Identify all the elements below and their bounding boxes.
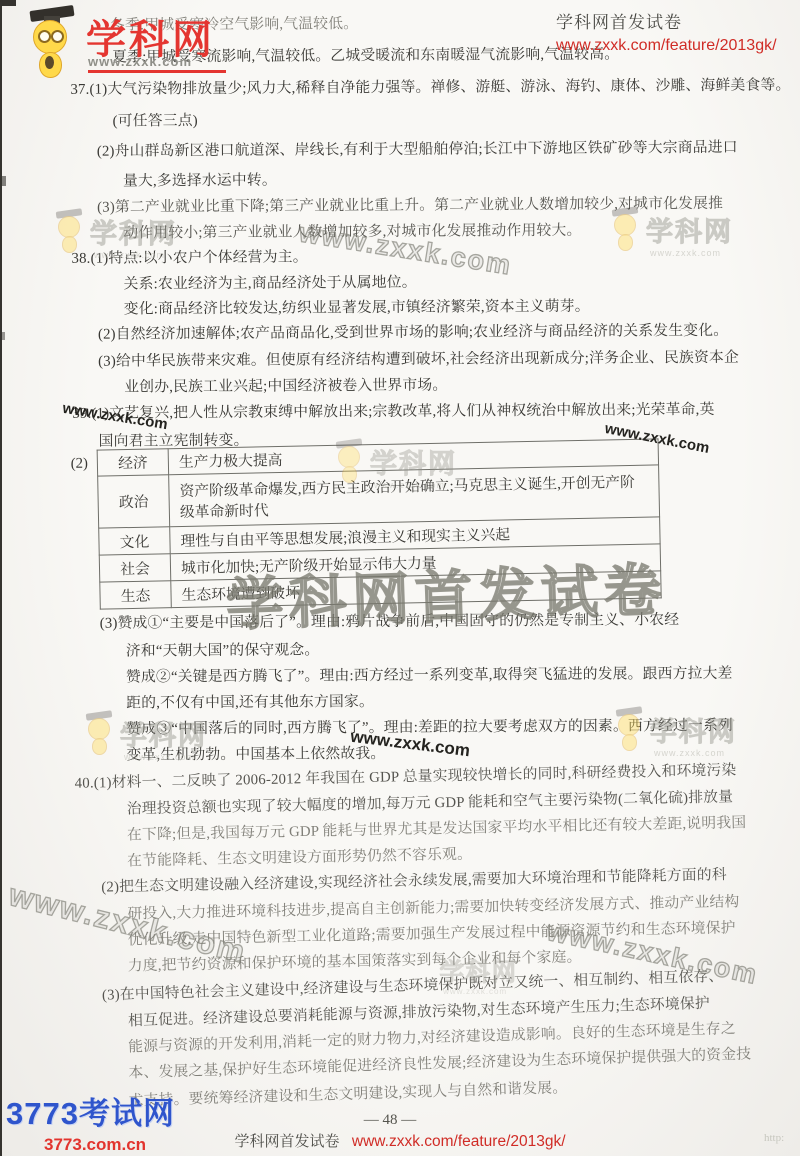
header-brand-block: 学科网首发试卷 www.zxxk.com/feature/2013gk/ bbox=[556, 8, 777, 55]
zxxk-mascot-watermark: 学科网 www.zxxk.com bbox=[50, 206, 200, 272]
mascot-head bbox=[338, 446, 360, 468]
answer-line: 关系:农业经济为主,商品经济处于从属地位。 bbox=[124, 271, 417, 294]
header-title: 学科网首发试卷 bbox=[556, 8, 777, 33]
partner-3773-logo: 3773考试网 3773.com.cn bbox=[6, 1088, 175, 1155]
table-category-cell: 政治 bbox=[98, 475, 170, 528]
partner-3773-name: 3773考试网 bbox=[6, 1088, 175, 1133]
table-category-cell: 经济 bbox=[97, 449, 169, 476]
zxxk-logo-url: www.zxxk.com bbox=[88, 54, 226, 73]
mascot-head bbox=[614, 214, 636, 236]
mascot-body bbox=[342, 466, 357, 483]
watermark-brand-text: 学科网 bbox=[650, 710, 737, 749]
watermark-brand-text: 学科网 bbox=[90, 212, 177, 251]
mascot-eye bbox=[38, 30, 51, 43]
watermark-brand-text: 学科网 bbox=[440, 953, 518, 988]
mascot-head bbox=[618, 714, 640, 736]
zxxk-mascot-watermark: 学科网 www.zxxk.com bbox=[610, 704, 760, 770]
footer-url: www.zxxk.com/feature/2013gk/ bbox=[352, 1133, 566, 1150]
zxxk-mascot-watermark: 学科网 www.zxxk.com bbox=[330, 436, 480, 502]
watermark-brand-text: 学科网 bbox=[120, 714, 207, 753]
footer-title: 学科网首发试卷 bbox=[234, 1133, 339, 1150]
mascot-body bbox=[622, 734, 637, 751]
answer-line: (3)给中华民族带来灾难。但使原有经济结构遭到破坏,社会经济出现新成分;洋务企业… bbox=[98, 346, 739, 371]
mascot-head bbox=[88, 718, 110, 740]
scanned-exam-answer-page: 学科网 www.zxxk.com 学科网首发试卷 www.zxxk.com/fe… bbox=[0, 0, 800, 1156]
scan-nick-mark bbox=[0, 332, 5, 340]
watermark-brand-text: 学科网 bbox=[646, 210, 733, 249]
partner-3773-url: 3773.com.cn bbox=[44, 1135, 175, 1155]
mascot-body bbox=[92, 738, 107, 755]
watermark-url-text: www.zxxk.com bbox=[124, 752, 195, 762]
answer-line: (可任答三点) bbox=[113, 109, 198, 131]
watermark-url-text: www.zxxk.com bbox=[650, 248, 721, 258]
scan-edge-line bbox=[0, 0, 2, 1156]
answer-line: 术支持。要统筹经济建设和生态文明建设,实现人与自然和谐发展。 bbox=[128, 1076, 567, 1110]
mascot-vest bbox=[45, 56, 54, 69]
answer-line: 济和“天朝大国”的保守观念。 bbox=[126, 638, 320, 660]
table-category-cell: 生态 bbox=[100, 581, 172, 609]
table-category-cell: 文化 bbox=[99, 527, 171, 555]
answer-line: 赞成②“关键是西方腾飞了”。理由:西方经过一系列变革,取得突飞猛进的发展。跟西方… bbox=[126, 662, 733, 687]
zxxk-mascot-icon bbox=[28, 6, 80, 78]
mascot-body bbox=[62, 236, 77, 253]
scan-nick-mark bbox=[0, 176, 6, 186]
mascot-body bbox=[618, 234, 633, 251]
table-category-cell: 社会 bbox=[99, 554, 171, 582]
answer-line: (2)自然经济加速解体;农产品商品化,受到世界市场的影响;农业经济与商品经济的关… bbox=[98, 319, 728, 344]
zxxk-banner-watermark: 学科网首发试卷 bbox=[225, 544, 669, 641]
header-url: www.zxxk.com/feature/2013gk/ bbox=[556, 37, 777, 55]
question-39-2-label: (2) bbox=[71, 456, 88, 473]
answer-line: (2)舟山群岛新区港口航道深、岸线长,有利于大型船舶停泊;长江中下游地区铁矿砂等… bbox=[97, 136, 738, 161]
watermark-url-text: www.zxxk.com bbox=[443, 987, 507, 996]
answer-line: 业创办,民族工业兴起;中国经济被卷入世界市场。 bbox=[124, 374, 447, 397]
zxxk-logo: 学科网 www.zxxk.com bbox=[28, 4, 268, 82]
watermark-brand-text: 学科网 bbox=[370, 442, 457, 481]
watermark-url-text: www.zxxk.com bbox=[374, 480, 445, 490]
answer-line: 量大,多选择水运中转。 bbox=[123, 169, 277, 191]
zxxk-mascot-watermark: 学科网 www.zxxk.com bbox=[80, 708, 230, 774]
answer-line: 变化:商品经济比较发达,纺织业显著发展,市镇经济繁荣,资本主义萌芽。 bbox=[124, 295, 590, 319]
answer-line: 在节能降耗、生态文明建设方面形势仍然不容乐观。 bbox=[127, 843, 472, 871]
watermark-url-text: www.zxxk.com bbox=[654, 748, 725, 758]
scan-corner-mark bbox=[0, 0, 16, 6]
answer-line: 39.(1)文艺复兴,把人性从宗教束缚中解放出来;宗教改革,将人们从神权统治中解… bbox=[72, 398, 714, 423]
zxxk-mascot-watermark: 学科网 www.zxxk.com bbox=[404, 947, 539, 1006]
mascot-head bbox=[58, 216, 80, 238]
zxxk-mascot-watermark: 学科网 www.zxxk.com bbox=[606, 204, 756, 270]
page-number: — 48 — bbox=[320, 1112, 460, 1129]
watermark-url-text: www.zxxk.com bbox=[94, 250, 165, 260]
mascot-eye bbox=[51, 30, 64, 43]
